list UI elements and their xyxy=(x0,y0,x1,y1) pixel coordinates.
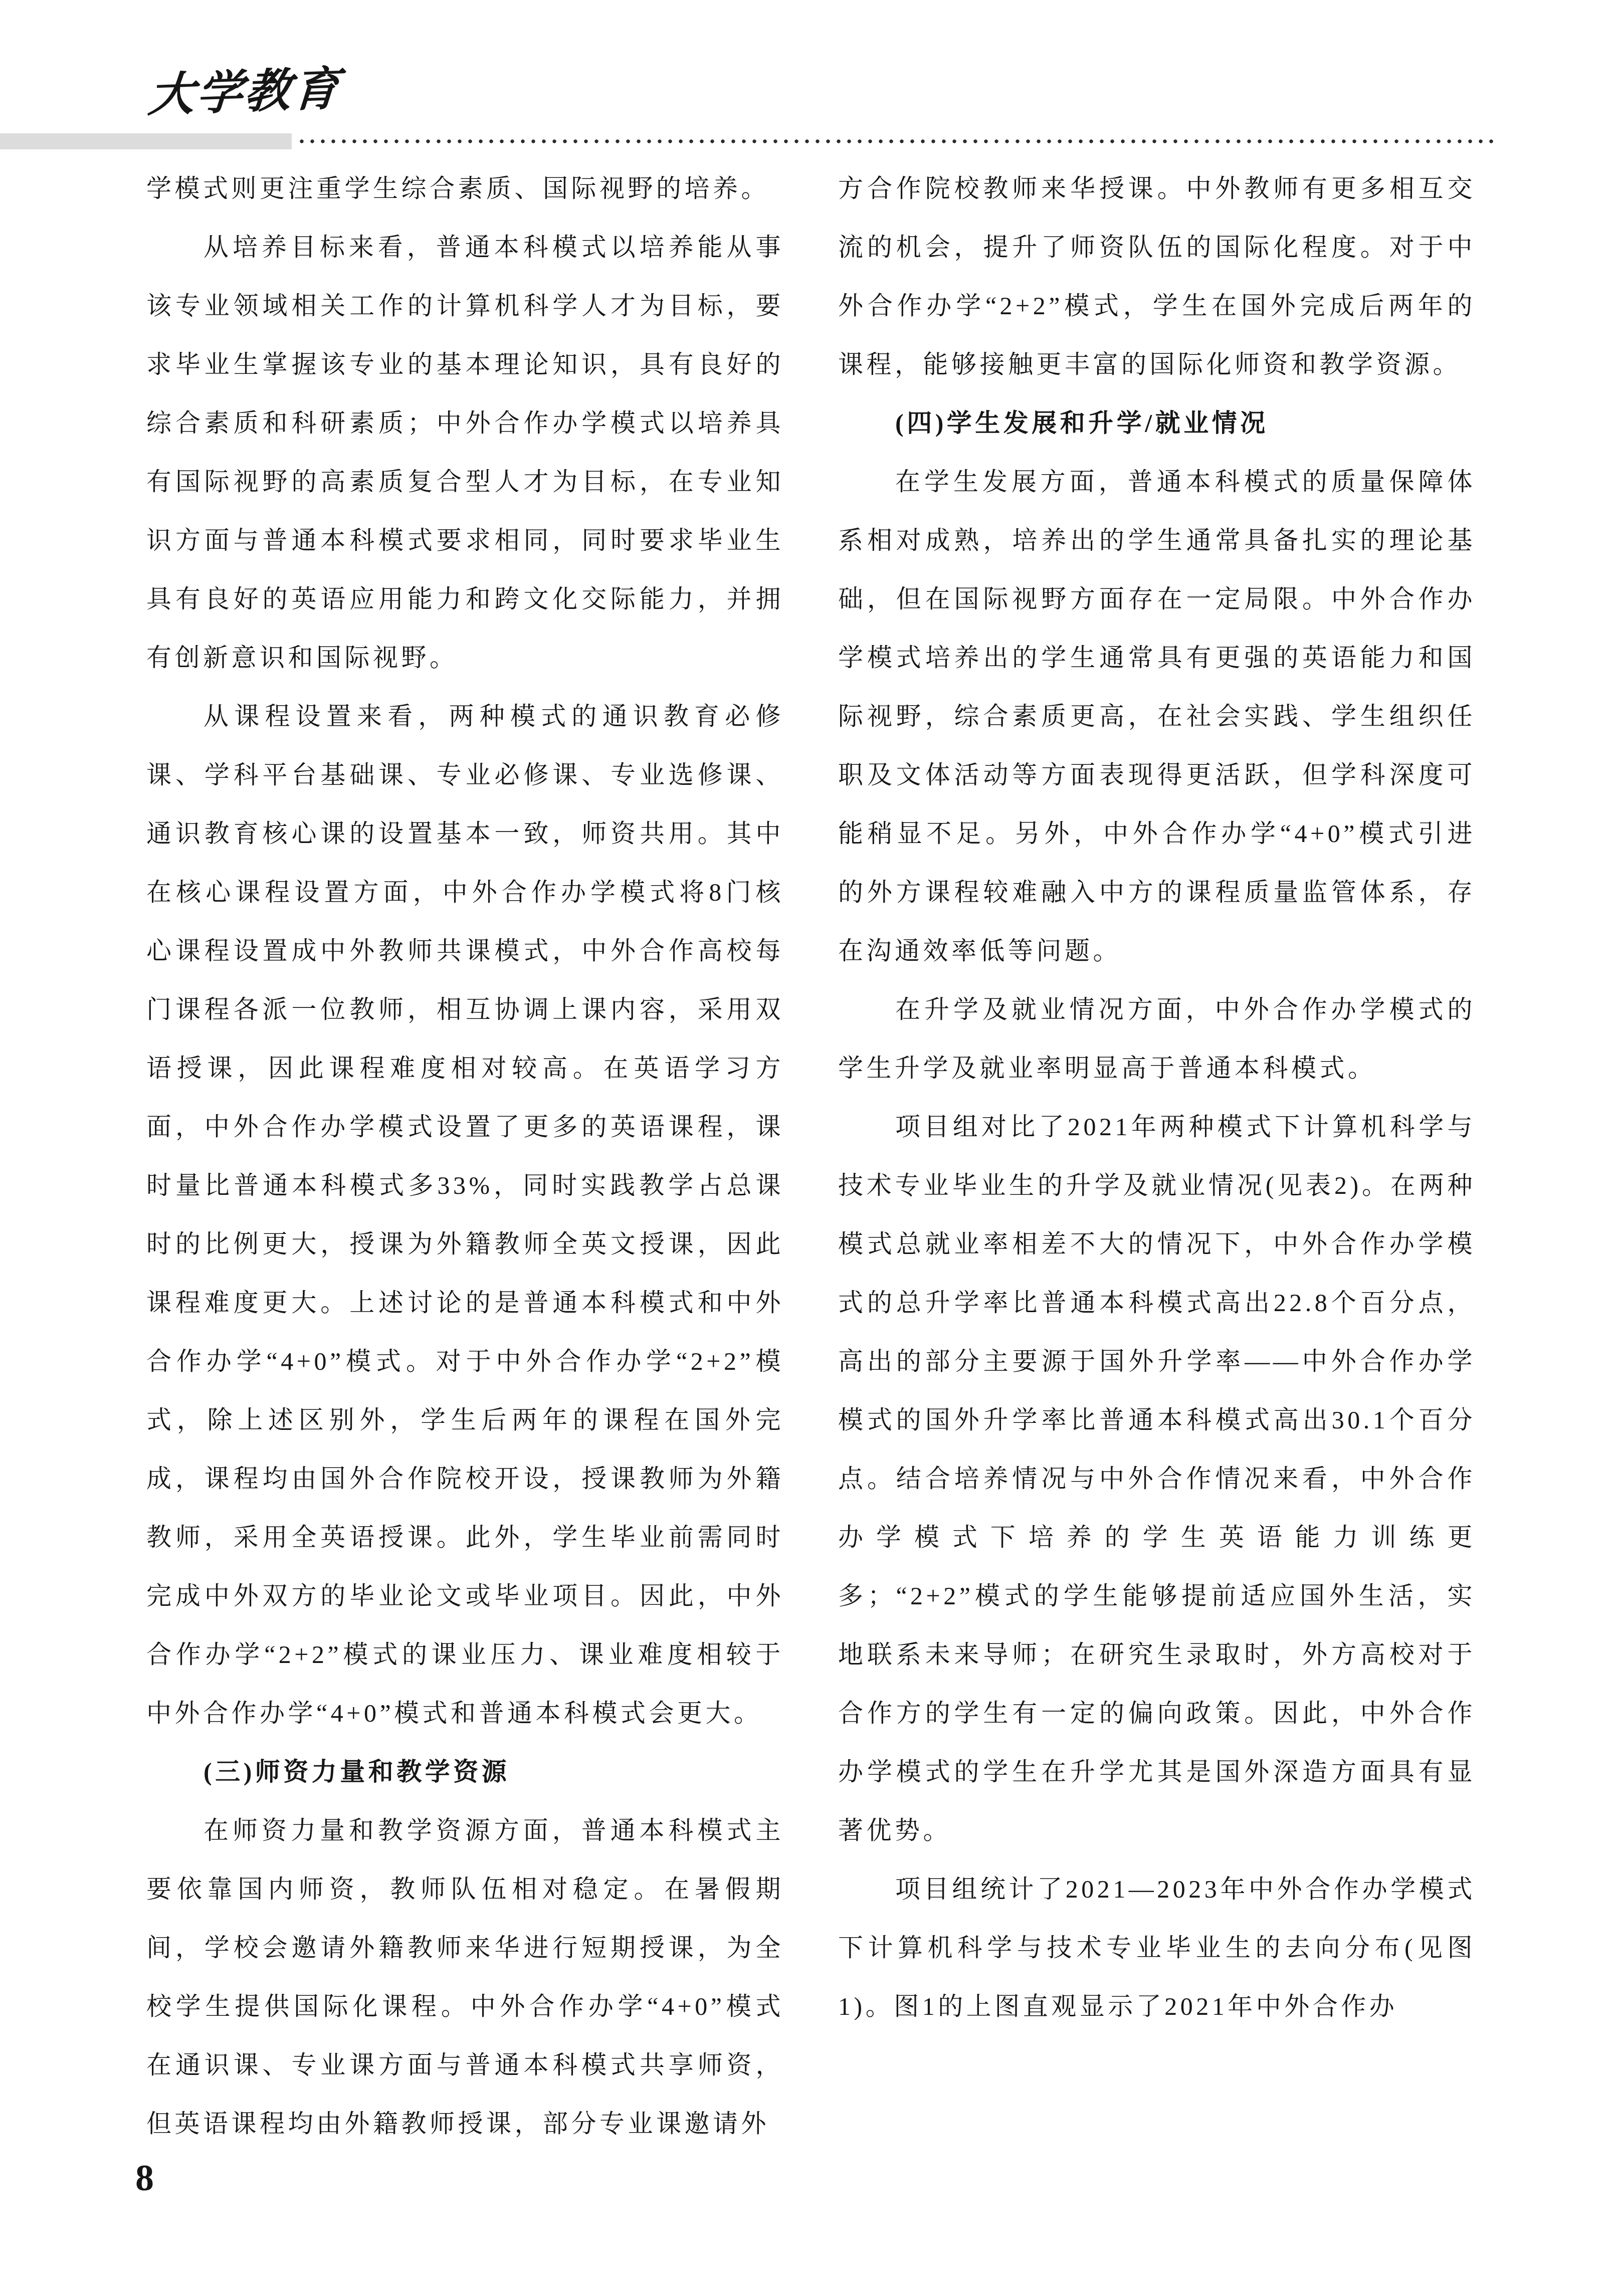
section-heading-three: (三)师资力量和教学资源 xyxy=(146,1743,784,1801)
paragraph-distribution: 项目组统计了2021—2023年中外合作办学模式下计算机科学与技术专业毕业生的去… xyxy=(838,1860,1476,2036)
paragraph-training-goals: 从培养目标来看，普通本科模式以培养能从事该专业领域相关工作的计算机科学人才为目标… xyxy=(146,218,784,687)
header-rule xyxy=(0,133,1614,149)
left-column: 学模式则更注重学生综合素质、国际视野的培养。 从培养目标来看，普通本科模式以培养… xyxy=(146,159,784,2153)
right-column: 方合作院校教师来华授课。中外教师有更多相互交流的机会，提升了师资队伍的国际化程度… xyxy=(838,159,1476,2153)
header-gray-bar xyxy=(0,133,292,149)
paragraph-comparison-2021: 项目组对比了2021年两种模式下计算机科学与技术专业毕业生的升学及就业情况(见表… xyxy=(838,1098,1476,1860)
page-number: 8 xyxy=(135,2156,154,2201)
journal-page: 大学教育 学模式则更注重学生综合素质、国际视野的培养。 从培养目标来看，普通本科… xyxy=(0,0,1614,2296)
article-body: 学模式则更注重学生综合素质、国际视野的培养。 从培养目标来看，普通本科模式以培养… xyxy=(146,159,1476,2153)
header-dotted-rule xyxy=(300,139,1496,144)
masthead-logo: 大学教育 xyxy=(147,66,342,119)
paragraph-student-development: 在学生发展方面，普通本科模式的质量保障体系相对成熟，培养出的学生通常具备扎实的理… xyxy=(838,453,1476,980)
paragraph-faculty-continuation: 方合作院校教师来华授课。中外教师有更多相互交流的机会，提升了师资队伍的国际化程度… xyxy=(838,159,1476,394)
paragraph-curriculum: 从课程设置来看，两种模式的通识教育必修课、学科平台基础课、专业必修课、专业选修课… xyxy=(146,687,784,1743)
paragraph-employment: 在升学及就业情况方面，中外合作办学模式的学生升学及就业率明显高于普通本科模式。 xyxy=(838,980,1476,1098)
paragraph-faculty-resources: 在师资力量和教学资源方面，普通本科模式主要依靠国内师资，教师队伍相对稳定。在暑假… xyxy=(146,1801,784,2153)
section-heading-four: (四)学生发展和升学/就业情况 xyxy=(838,394,1476,453)
paragraph-continuation: 学模式则更注重学生综合素质、国际视野的培养。 xyxy=(146,159,784,218)
